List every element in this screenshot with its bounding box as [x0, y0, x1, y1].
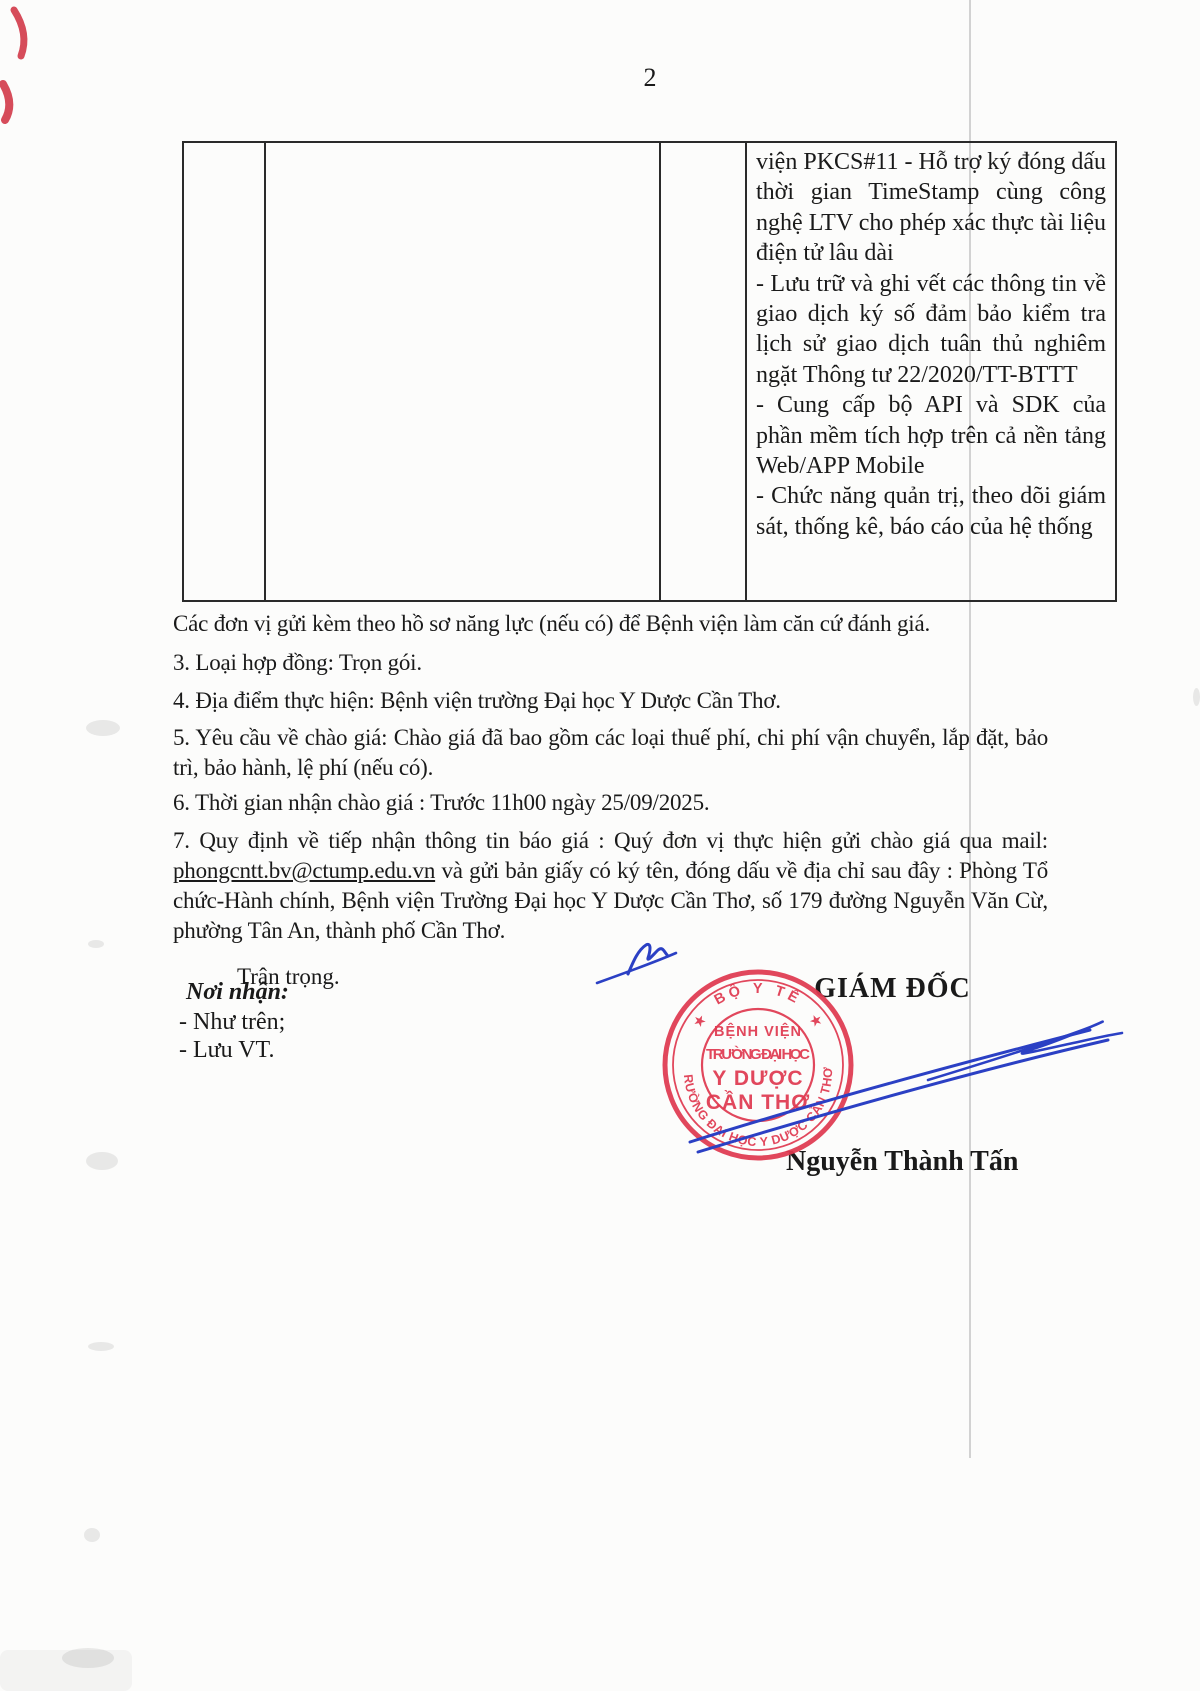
- spec-paragraph: - Cung cấp bộ API và SDK của phần mềm tí…: [756, 390, 1106, 481]
- item-5: 5. Yêu cầu về chào giá: Chào giá đã bao …: [173, 723, 1048, 783]
- item-4: 4. Địa điểm thực hiện: Bệnh viện trường …: [173, 686, 1048, 716]
- table-cell-specs: viện PKCS#11 - Hỗ trợ ký đóng dấu thời g…: [747, 143, 1115, 600]
- recipients-label: Nơi nhận:: [186, 979, 289, 1006]
- scan-smudge: [86, 1152, 118, 1170]
- spec-paragraph: - Chức năng quản trị, theo dõi giám sát,…: [756, 481, 1106, 542]
- table-cell-empty-2: [266, 143, 661, 600]
- recipient-item: - Như trên;: [179, 1009, 285, 1036]
- item-7-text-before: 7. Quy định về tiếp nhận thông tin báo g…: [173, 828, 1048, 853]
- spec-paragraph: - Lưu trữ và ghi vết các thông tin về gi…: [756, 269, 1106, 391]
- scan-smudge: [84, 1528, 100, 1542]
- email-link[interactable]: phongcntt.bv@ctump.edu.vn: [173, 858, 435, 883]
- red-pen-marks: [0, 0, 60, 140]
- director-signature: [580, 915, 1160, 1175]
- scan-corner-shade: [0, 1650, 132, 1691]
- quote-table: viện PKCS#11 - Hỗ trợ ký đóng dấu thời g…: [182, 141, 1117, 602]
- scan-smudge: [88, 940, 104, 948]
- scan-smudge: [86, 720, 120, 736]
- page-number: 2: [630, 63, 670, 93]
- table-cell-empty-3: [661, 143, 747, 600]
- item-3: 3. Loại hợp đồng: Trọn gói.: [173, 648, 1048, 678]
- recipient-item: - Lưu VT.: [179, 1037, 274, 1064]
- note-line: Các đơn vị gửi kèm theo hồ sơ năng lực (…: [173, 609, 1048, 639]
- document-page: 2 viện PKCS#11 - Hỗ trợ ký đóng dấu thời…: [0, 0, 1200, 1691]
- table-cell-empty-1: [184, 143, 266, 600]
- item-6: 6. Thời gian nhận chào giá : Trước 11h00…: [173, 788, 1048, 818]
- spec-paragraph: viện PKCS#11 - Hỗ trợ ký đóng dấu thời g…: [756, 147, 1106, 269]
- scan-smudge: [1193, 688, 1200, 706]
- scan-smudge: [88, 1342, 114, 1351]
